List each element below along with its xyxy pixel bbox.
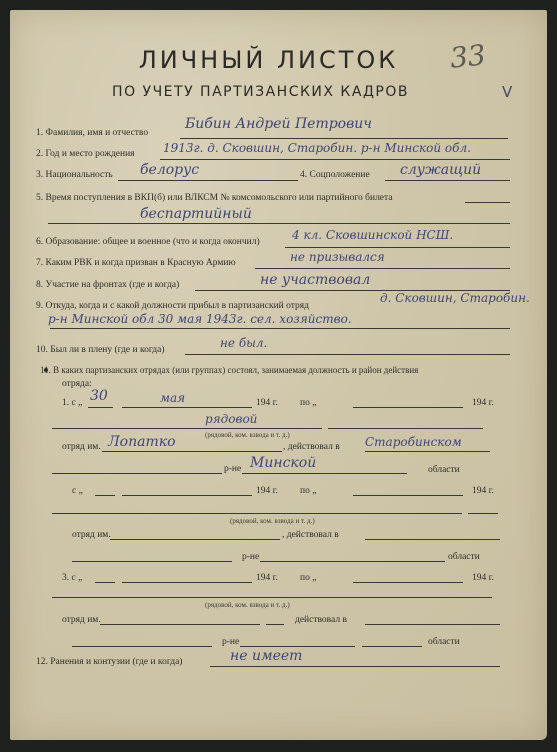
field-9-value-line1: д. Сковшин, Старобин. (380, 291, 530, 305)
field-5-label: 5. Время поступления в ВКП(б) или ВЛКСМ … (36, 193, 393, 203)
field-4-label: 4. Соцположение (300, 170, 370, 180)
field-11-label: 11. В каких партизанских отрядах (или гр… (40, 365, 418, 375)
det2-rn-label: р-не (242, 552, 259, 562)
personal-sheet-paper: ЛИЧНЫЙ ЛИСТОК ПО УЧЕТУ ПАРТИЗАНСКИХ КАДР… (10, 10, 547, 740)
det1-otryad-value: Лопатко (108, 434, 176, 450)
field-8-label: 8. Участие на фронтах (где и когда) (36, 280, 179, 290)
field-5-line-a (465, 202, 510, 203)
field-10-value: не был. (220, 336, 267, 350)
field-8-value: не участвовал (260, 272, 370, 288)
det1-rn-line-a (52, 473, 222, 474)
det1-otryad-line (102, 451, 282, 452)
det3-otryad-line (100, 624, 260, 625)
det2-position-line (52, 513, 462, 514)
det3-rn-label: р-не (222, 637, 239, 647)
field-9-label: 9. Откуда, когда и с какой должности при… (36, 301, 309, 311)
det2-position-line-b (468, 513, 498, 514)
det2-to-line (353, 495, 463, 496)
field-6-value: 4 кл. Сковшинской НСШ. (292, 228, 453, 242)
field-3-line (118, 180, 298, 181)
det1-position: рядовой (205, 412, 257, 426)
field-12-value: не имеет (230, 648, 302, 664)
det3-acted-label: действовал в (295, 615, 347, 625)
det1-day: 30 (90, 388, 108, 404)
field-1-value: Бибин Андрей Петрович (185, 116, 372, 132)
field-12-label: 12. Ранения и контузии (где и когда) (36, 657, 182, 667)
det3-otryad-label: отряд им. (62, 615, 101, 625)
field-10-line (185, 354, 510, 355)
det3-prefix: 3. с „ (62, 573, 82, 583)
det3-acted-line (365, 624, 500, 625)
det2-prefix: с „ (72, 486, 83, 496)
field-7-label: 7. Каким РВК и когда призван в Красную А… (36, 258, 236, 268)
det3-otryad-line-b (266, 624, 284, 625)
field-1-label: 1. Фамилия, имя и отчество (36, 128, 148, 138)
det1-acted-value: Старобинском (365, 435, 462, 449)
field-10-label: 10. Был ли в плену (где и когда) (36, 345, 165, 355)
det3-rn-line-a (72, 646, 212, 647)
field-1-line (180, 138, 508, 139)
det3-month-line (122, 582, 252, 583)
det1-acted-label: , действовал в (283, 442, 340, 452)
field-9-line (50, 328, 510, 329)
det1-year-to: 194 г. (472, 398, 494, 408)
field-12-line (210, 666, 500, 667)
field-4-line (385, 180, 510, 181)
det2-acted-label: , действовал в (282, 530, 339, 540)
field-9-value-line2: р-н Минской обл 30 мая 1943г. сел. хозяй… (48, 312, 352, 326)
field-5-value: беспартийный (140, 206, 252, 222)
field-2-label: 2. Год и место рождения (36, 149, 135, 159)
det3-position-line (52, 597, 492, 598)
handwritten-number: 33 (448, 38, 487, 75)
det2-rn-line-a (72, 561, 232, 562)
field-6-line (285, 247, 510, 248)
det2-oblast-label: области (448, 552, 480, 562)
det3-year-to: 194 г. (472, 573, 494, 583)
check-mark: V (502, 83, 512, 101)
det2-year-from: 194 г. (256, 486, 278, 496)
det1-rn-line-b (242, 473, 407, 474)
det2-otryad-line (110, 539, 280, 540)
det3-day-line (95, 582, 115, 583)
field-7-value: не призывался (290, 250, 385, 264)
det1-oblast-label: области (428, 465, 460, 475)
det3-rn-line-b (240, 646, 355, 647)
document-subtitle: ПО УЧЕТУ ПАРТИЗАНСКИХ КАДРОВ (0, 84, 529, 100)
det1-month: мая (160, 391, 185, 405)
field-3-label: 3. Национальность (36, 170, 113, 180)
det3-year-from: 194 г. (256, 573, 278, 583)
field-7-line (255, 268, 510, 269)
det1-to: по „ (300, 398, 316, 408)
det1-position-line (52, 428, 322, 429)
det2-year-to: 194 г. (472, 486, 494, 496)
det3-position-hint: (рядовой, ком. взвода и т. д.) (205, 601, 290, 609)
field-4-value: служащий (400, 162, 481, 178)
det1-month-line (122, 407, 252, 408)
det1-rn-label: р-не (224, 464, 241, 474)
det3-oblast-label: области (428, 637, 460, 647)
det3-to-line (353, 582, 463, 583)
det2-day-line (95, 495, 115, 496)
det1-day-line (88, 407, 113, 408)
field-3-value: белорус (140, 162, 199, 178)
det1-year-from: 194 г. (256, 398, 278, 408)
det2-rn-line-b (260, 561, 445, 562)
field-6-label: 6. Образование: общее и военное (что и к… (36, 237, 260, 247)
det3-to: по „ (300, 573, 316, 583)
det1-to-line (353, 407, 463, 408)
det2-position-hint: (рядовой, ком. взвода и т. д.) (230, 517, 315, 525)
det2-acted-line (365, 539, 500, 540)
det3-rn-line-c (362, 646, 422, 647)
det1-otryad-label: отряд им. (62, 442, 101, 452)
field-11-label-cont: отряда: (62, 379, 92, 389)
field-5-line-b (48, 223, 510, 224)
det1-prefix: 1. с „ (62, 398, 82, 408)
field-2-value: 1913г. д. Сковшин, Старобин. р-н Минской… (163, 141, 471, 155)
det1-region-value: Минской (250, 455, 316, 471)
det1-position-hint: (рядовой, ком. взвода и т. д.) (205, 431, 290, 439)
det2-to: по „ (300, 486, 316, 496)
det1-acted-line (365, 451, 490, 452)
det2-otryad-label: отряд им. (72, 530, 111, 540)
det1-position-line-b (328, 428, 483, 429)
det2-month-line (122, 495, 252, 496)
field-2-line (160, 159, 510, 160)
